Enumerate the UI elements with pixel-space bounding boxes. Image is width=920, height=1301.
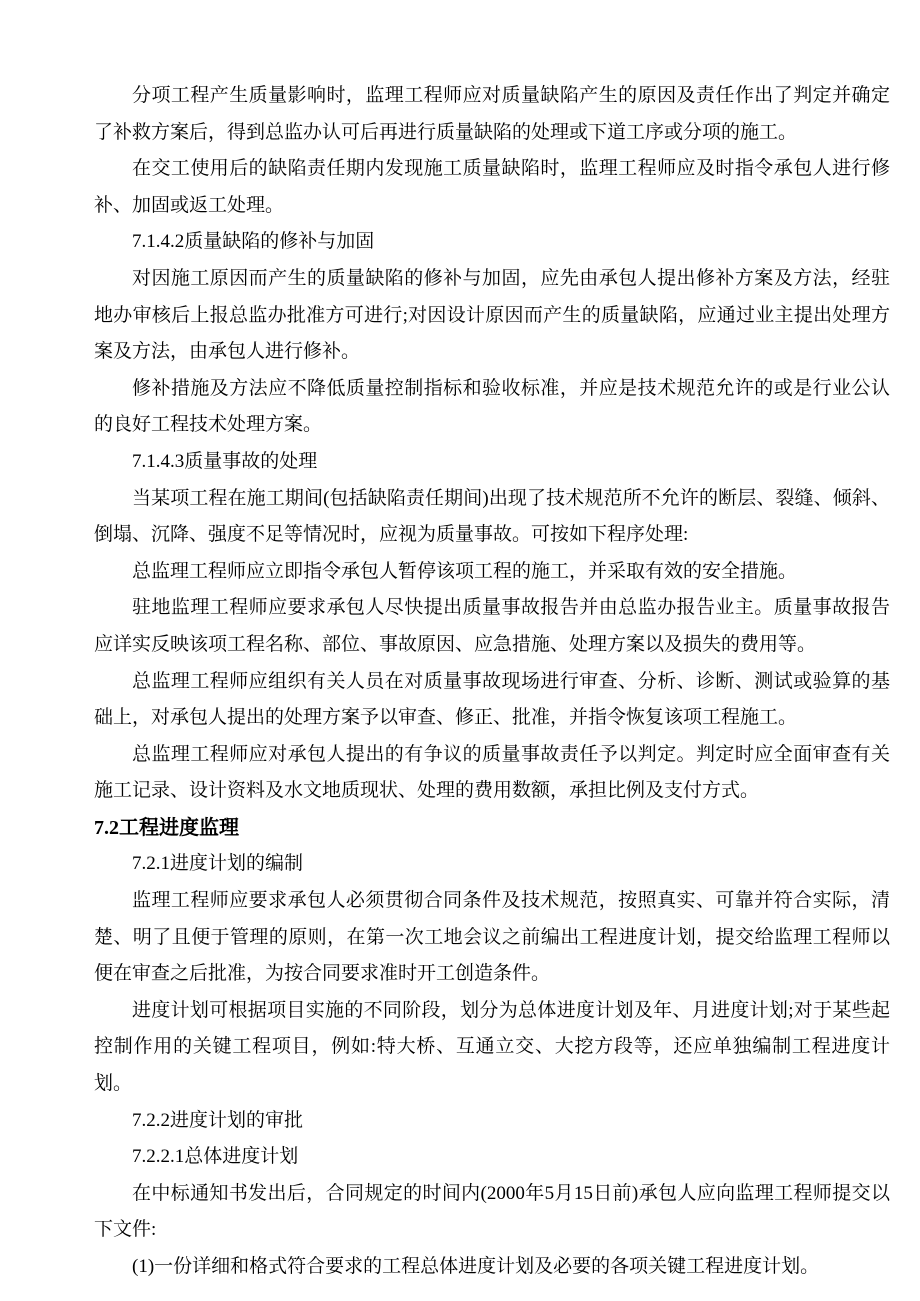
paragraph: 驻地监理工程师应要求承包人尽快提出质量事故报告并由总监办报告业主。质量事故报告应… [94,590,890,663]
paragraph: 7.2.2进度计划的审批 [94,1103,890,1140]
paragraph: 在中标通知书发出后，合同规定的时间内(2000年5月15日前)承包人应向监理工程… [94,1176,890,1249]
paragraph: 分项工程产生质量影响时，监理工程师应对质量缺陷产生的原因及责任作出了判定并确定了… [94,78,890,151]
paragraph: 7.2.2.1总体进度计划 [94,1139,890,1176]
section-heading: 7.2工程进度监理 [94,810,890,847]
paragraph: 在交工使用后的缺陷责任期内发现施工质量缺陷时，监理工程师应及时指令承包人进行修补… [94,151,890,224]
paragraph: 对因施工原因而产生的质量缺陷的修补与加固，应先由承包人提出修补方案及方法，经驻地… [94,261,890,371]
document-page: 分项工程产生质量影响时，监理工程师应对质量缺陷产生的原因及责任作出了判定并确定了… [0,0,920,1301]
paragraph: 总监理工程师应立即指令承包人暂停该项工程的施工，并采取有效的安全措施。 [94,554,890,591]
paragraph: 总监理工程师应对承包人提出的有争议的质量事故责任予以判定。判定时应全面审查有关施… [94,737,890,810]
paragraph: (1)一份详细和格式符合要求的工程总体进度计划及必要的各项关键工程进度计划。 [94,1249,890,1286]
paragraph: 7.1.4.2质量缺陷的修补与加固 [94,224,890,261]
paragraph: 当某项工程在施工期间(包括缺陷责任期间)出现了技术规范所不允许的断层、裂缝、倾斜… [94,481,890,554]
paragraph: 7.1.4.3质量事故的处理 [94,444,890,481]
paragraph: 修补措施及方法应不降低质量控制指标和验收标准，并应是技术规范允许的或是行业公认的… [94,371,890,444]
paragraph: 监理工程师应要求承包人必须贯彻合同条件及技术规范，按照真实、可靠并符合实际，清楚… [94,883,890,993]
paragraph: 7.2.1进度计划的编制 [94,846,890,883]
document-content: 分项工程产生质量影响时，监理工程师应对质量缺陷产生的原因及责任作出了判定并确定了… [94,78,890,1286]
paragraph: 总监理工程师应组织有关人员在对质量事故现场进行审查、分析、诊断、测试或验算的基础… [94,664,890,737]
paragraph: 进度计划可根据项目实施的不同阶段，划分为总体进度计划及年、月进度计划;对于某些起… [94,993,890,1103]
